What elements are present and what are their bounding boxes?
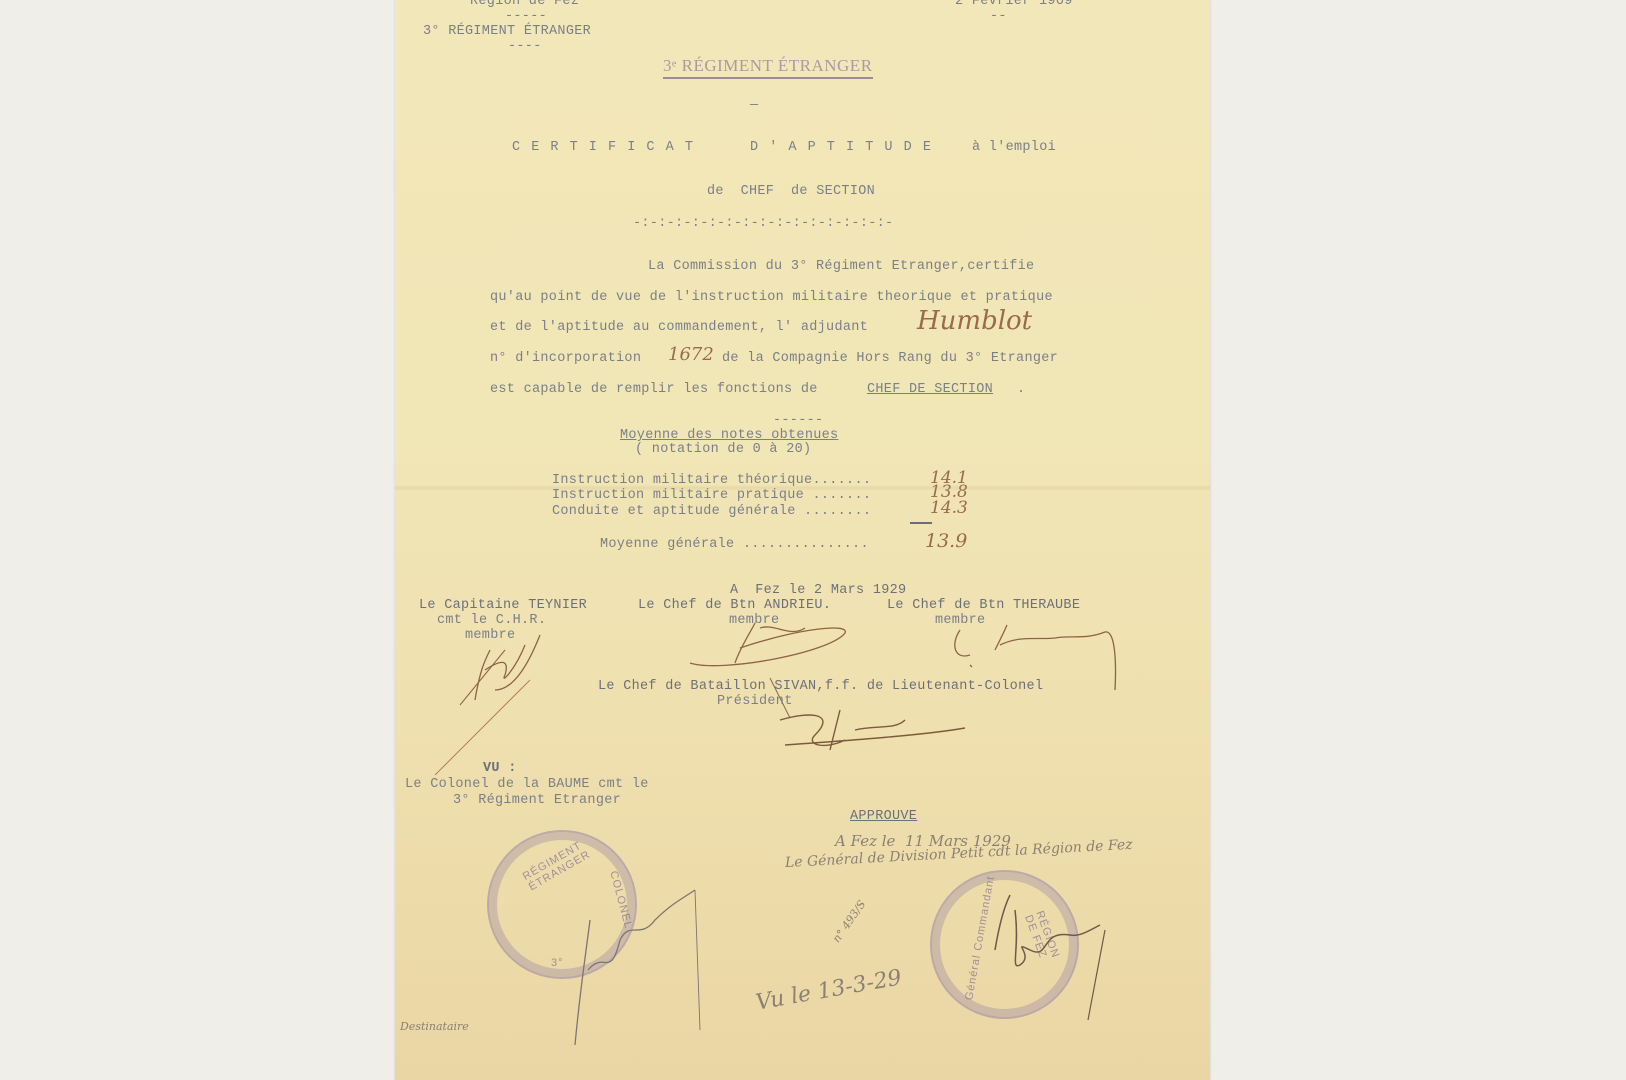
body-function: CHEF DE SECTION (867, 382, 993, 397)
grade-underline (910, 522, 932, 524)
grades-subheading: ( notation de 0 à 20) (635, 442, 811, 457)
place-date: A Fez le 2 Mars 1929 (730, 583, 906, 598)
header-regiment: 3° RÉGIMENT ÉTRANGER (423, 24, 591, 39)
title-divider: — (750, 98, 758, 113)
body-line-2: qu'au point de vue de l'instruction mili… (490, 290, 1053, 305)
average-value: 13.9 (925, 530, 967, 552)
grade-row-value: 14.3 (930, 498, 968, 518)
grades-heading: Moyenne des notes obtenues (620, 428, 838, 443)
signature-sivan (775, 700, 975, 755)
grade-row-label: Instruction militaire théorique....... (552, 473, 871, 488)
header-dash-2: ---- (508, 39, 542, 54)
vu-line-1: Le Colonel de la BAUME cmt le (405, 777, 649, 792)
header-region: Région de Fez (470, 0, 579, 9)
regiment-stamp-heading: 3ᵉ RÉGIMENT ÉTRANGER (663, 56, 873, 79)
approuve-stamp: APPROUVE (850, 809, 917, 824)
signature-general (980, 890, 1120, 1030)
member-1-line2: cmt le C.H.R. (437, 613, 546, 628)
vu-line-2: 3° Régiment Etranger (453, 793, 621, 808)
vu-label: VU : (483, 761, 517, 776)
member-2-title: Le Chef de Btn ANDRIEU. (638, 598, 831, 613)
grades-separator: ------ (773, 413, 823, 428)
body-period: . (1017, 382, 1025, 397)
grade-row-value: 14.1 (930, 468, 968, 488)
body-line-4b: de la Compagnie Hors Rang du 3° Etranger (722, 351, 1058, 366)
signature-andrieu (680, 618, 860, 678)
handwritten-name: Humblot (917, 306, 1032, 336)
header-date: 2 Février 1909 (955, 0, 1073, 9)
title-emploi: à l'emploi (972, 140, 1056, 155)
handwritten-number: 1672 (668, 344, 714, 365)
header-dash: ----- (505, 9, 547, 24)
title-chef-de-section: de CHEF de SECTION (707, 184, 875, 199)
pencil-vu-note: Vu le 13-3-29 (754, 965, 904, 1015)
title-ornament: -:-:-:-:-:-:-:-:-:-:-:-:-:-:-:- (633, 216, 893, 231)
president-title: Le Chef de Bataillon SIVAN,f.f. de Lieut… (598, 679, 1043, 694)
reference-number: n° 493/S (830, 898, 868, 945)
title-aptitude: D ' A P T I T U D E (750, 140, 932, 155)
certificate-document: Région de Fez ----- 3° RÉGIMENT ÉTRANGER… (395, 0, 1210, 1080)
title-certificat: C E R T I F I C A T (512, 140, 694, 155)
body-line-3: et de l'aptitude au commandement, l' adj… (490, 320, 868, 335)
body-line-4a: n° d'incorporation (490, 351, 641, 366)
grade-row-label: Instruction militaire pratique ....... (552, 488, 871, 503)
header-date-dash: -- (990, 9, 1007, 24)
body-line-1: La Commission du 3° Régiment Etranger,ce… (648, 259, 1034, 274)
body-line-5a: est capable de remplir les fonctions de (490, 382, 818, 397)
member-1-title: Le Capitaine TEYNIER (419, 598, 587, 613)
signature-colonel (560, 880, 700, 1050)
member-3-title: Le Chef de Btn THERAUBE (887, 598, 1080, 613)
average-label: Moyenne générale ............... (600, 537, 869, 552)
grade-row-label: Conduite et aptitude générale ........ (552, 504, 871, 519)
bottom-left-note: Destinataire (400, 1020, 469, 1033)
